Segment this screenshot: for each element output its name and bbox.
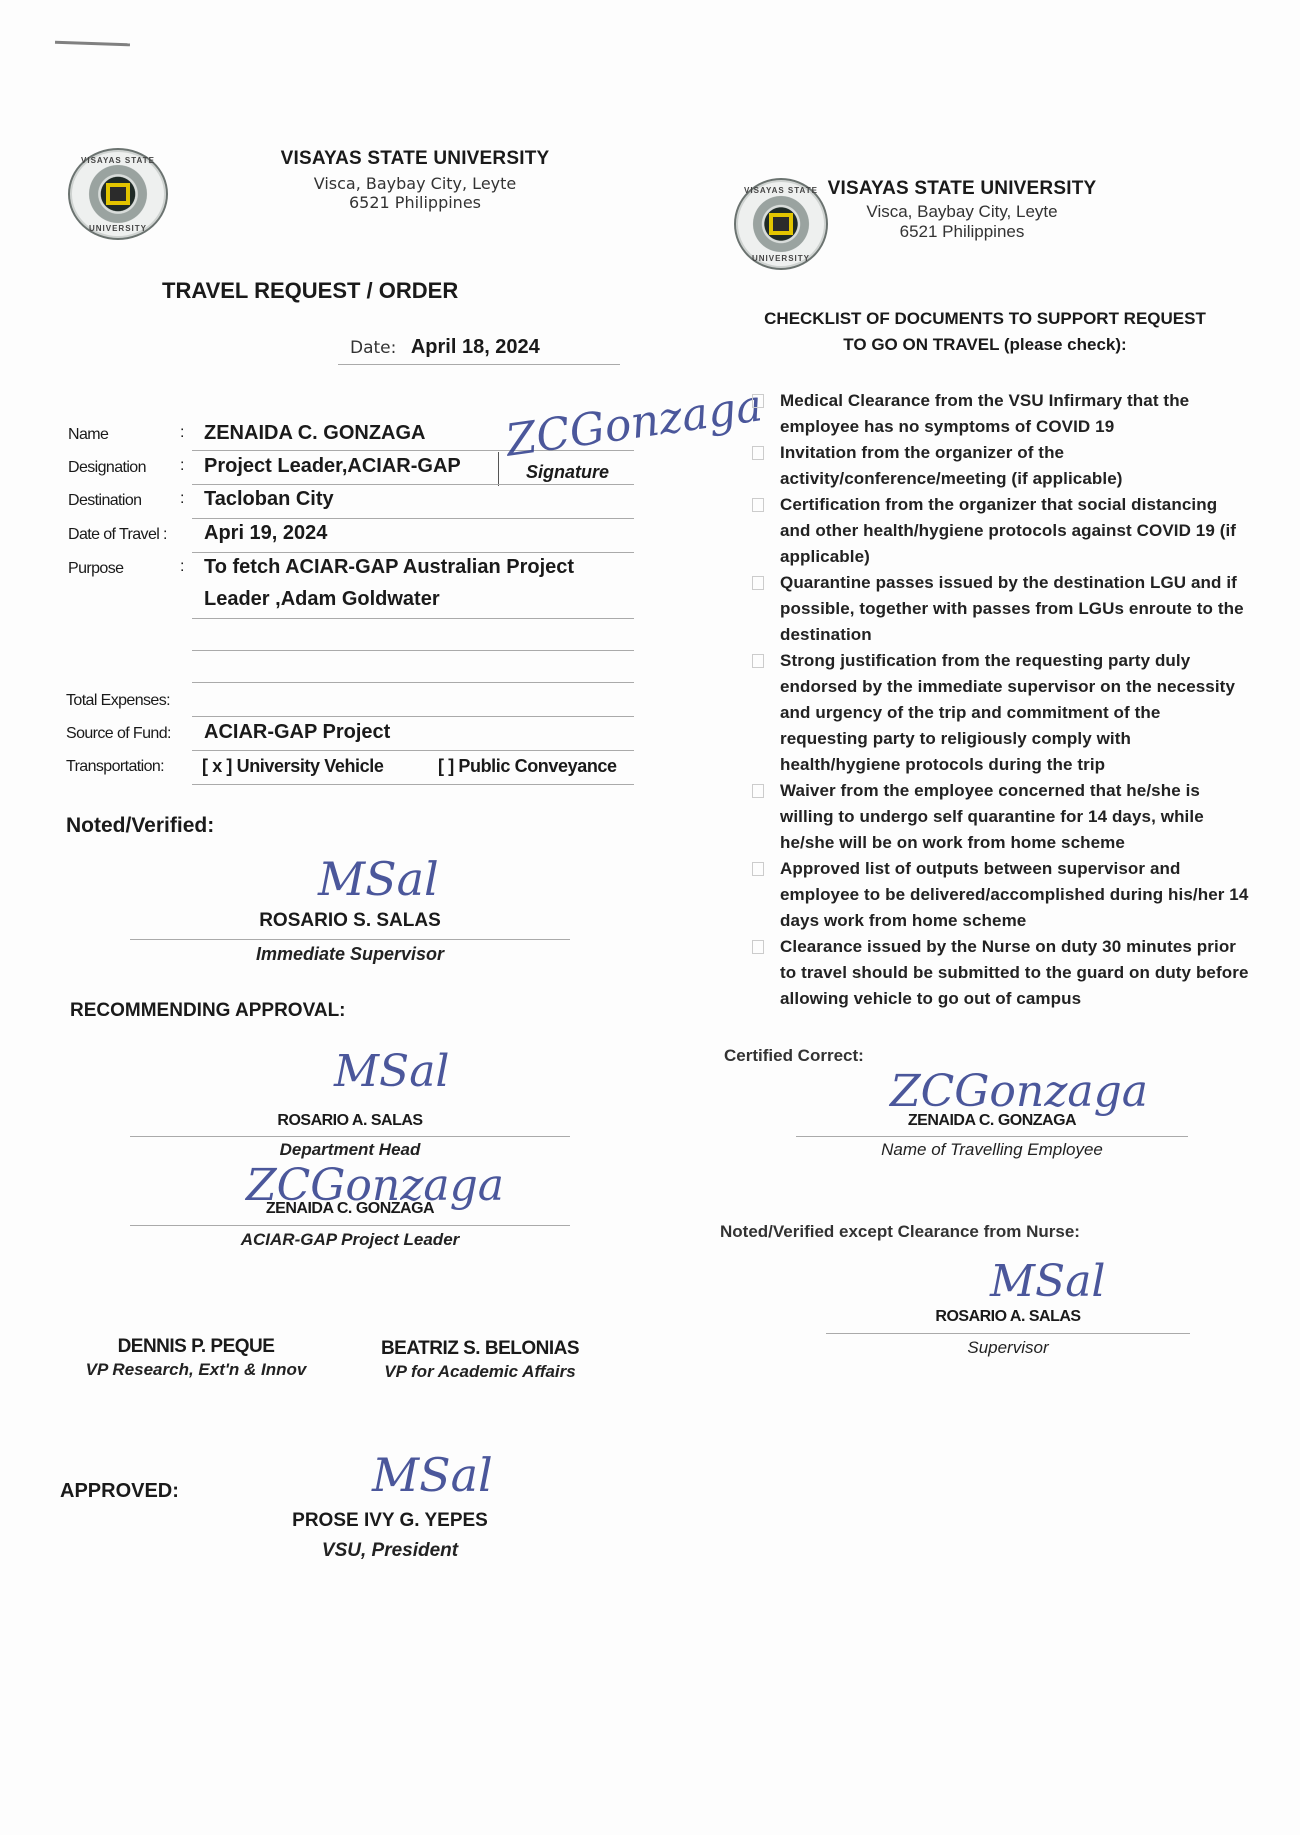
destination-label: Destination — [68, 492, 141, 510]
date-of-travel-value[interactable]: Apri 19, 2024 — [204, 522, 327, 545]
name-value[interactable]: ZENAIDA C. GONZAGA — [204, 422, 425, 445]
checklist-item: Certification from the organizer that so… — [752, 492, 1252, 570]
checklist-title-line2: TO GO ON TRAVEL (please check): — [730, 332, 1240, 358]
checkbox[interactable] — [752, 576, 764, 590]
checklist-item-text: Strong justification from the requesting… — [780, 651, 1235, 774]
dept-head-role: Department Head — [130, 1140, 570, 1160]
university-seal-logo: VISAYAS STATE UNIVERSITY — [68, 148, 168, 240]
dept-head-name: ROSARIO A. SALAS — [130, 1112, 570, 1130]
checkbox[interactable] — [752, 498, 764, 512]
noted-verified-heading: Noted/Verified: — [66, 814, 214, 838]
university-name: VISAYAS STATE UNIVERSITY — [822, 178, 1102, 200]
checkbox[interactable] — [752, 446, 764, 460]
purpose-underline-1 — [192, 618, 634, 619]
supervisor-role: Supervisor — [826, 1338, 1190, 1358]
travelling-employee-line — [796, 1136, 1188, 1137]
checklist-item-text: Medical Clearance from the VSU Infirmary… — [780, 391, 1189, 436]
purpose-underline-2 — [192, 650, 634, 651]
colon: : — [180, 424, 184, 442]
transport-university-vehicle-checkbox[interactable]: [ x ] University Vehicle — [202, 756, 383, 777]
colon: : — [180, 457, 184, 475]
checklist-title: CHECKLIST OF DOCUMENTS TO SUPPORT REQUES… — [730, 306, 1240, 358]
signature-label: Signature — [526, 462, 609, 483]
total-expenses-underline — [192, 716, 634, 717]
checklist-item: Invitation from the organizer of the act… — [752, 440, 1252, 492]
address-line2: 6521 Philippines — [822, 222, 1102, 242]
seal-top-text: VISAYAS STATE — [70, 156, 166, 165]
address-line1: Visca, Baybay City, Leyte — [260, 174, 570, 193]
checklist-item: Waiver from the employee concerned that … — [752, 778, 1252, 856]
address-line1: Visca, Baybay City, Leyte — [822, 202, 1102, 222]
transport-public-conveyance-checkbox[interactable]: [ ] Public Conveyance — [438, 756, 617, 777]
checkbox[interactable] — [752, 654, 764, 668]
seal-emblem-icon — [769, 213, 793, 235]
checkbox[interactable] — [752, 394, 764, 408]
noted-verified-except-heading: Noted/Verified except Clearance from Nur… — [720, 1222, 1080, 1242]
seal-emblem-icon — [106, 183, 130, 205]
colon: : — [180, 490, 184, 508]
scan-artifact-mark — [55, 41, 130, 47]
supervisor-name: ROSARIO A. SALAS — [826, 1308, 1190, 1326]
applicant-signature: ZCGonzaga — [503, 380, 766, 466]
supervisor-signature: MSal — [318, 852, 439, 906]
designation-underline — [192, 484, 634, 485]
destination-underline — [192, 518, 634, 519]
checklist-item-text: Clearance issued by the Nurse on duty 30… — [780, 937, 1249, 1008]
supervisor-line — [826, 1333, 1190, 1334]
vp-academic-block: BEATRIZ S. BELONIAS VP for Academic Affa… — [360, 1338, 600, 1382]
checklist-item: Approved list of outputs between supervi… — [752, 856, 1252, 934]
checklist-item-text: Invitation from the organizer of the act… — [780, 443, 1123, 488]
university-seal-logo-right: VISAYAS STATE UNIVERSITY — [734, 178, 828, 270]
seal-top-text: VISAYAS STATE — [736, 186, 826, 195]
project-leader-name: ZENAIDA C. GONZAGA — [130, 1200, 570, 1218]
source-of-fund-label: Source of Fund: — [66, 725, 171, 743]
left-header-text: VISAYAS STATE UNIVERSITY Visca, Baybay C… — [260, 148, 570, 212]
employee-signature: ZCGonzaga — [890, 1066, 1148, 1117]
purpose-value-line2[interactable]: Leader ,Adam Goldwater — [204, 588, 440, 611]
date-of-travel-underline — [192, 552, 634, 553]
purpose-value-line1[interactable]: To fetch ACIAR-GAP Australian Project — [204, 556, 574, 579]
recommending-approval-heading: RECOMMENDING APPROVAL: — [70, 1000, 346, 1022]
immediate-supervisor-role: Immediate Supervisor — [130, 944, 570, 965]
destination-value[interactable]: Tacloban City — [204, 488, 334, 511]
vp-research-block: DENNIS P. PEQUE VP Research, Ext'n & Inn… — [66, 1336, 326, 1380]
certified-correct-heading: Certified Correct: — [724, 1046, 864, 1066]
signature-divider — [498, 452, 499, 486]
president-role: VSU, President — [240, 1540, 540, 1562]
president-name: PROSE IVY G. YEPES — [240, 1510, 540, 1532]
seal-bottom-text: UNIVERSITY — [736, 254, 826, 263]
dept-head-signature: MSal — [334, 1046, 450, 1097]
checklist-item: Strong justification from the requesting… — [752, 648, 1252, 778]
checklist-item: Medical Clearance from the VSU Infirmary… — [752, 388, 1252, 440]
checklist: Medical Clearance from the VSU Infirmary… — [752, 388, 1252, 1012]
total-expenses-label: Total Expenses: — [66, 692, 170, 710]
dept-head-line — [130, 1136, 570, 1137]
address-line2: 6521 Philippines — [260, 193, 570, 212]
university-name: VISAYAS STATE UNIVERSITY — [260, 148, 570, 170]
checkbox[interactable] — [752, 862, 764, 876]
checklist-item-text: Approved list of outputs between supervi… — [780, 859, 1248, 930]
purpose-underline-3 — [192, 682, 634, 683]
checkbox[interactable] — [752, 784, 764, 798]
colon: : — [180, 558, 184, 576]
nurse-supervisor-signature: MSal — [990, 1256, 1106, 1307]
immediate-supervisor-line — [130, 939, 570, 940]
vp-research-role: VP Research, Ext'n & Innov — [66, 1360, 326, 1380]
checkbox[interactable] — [752, 940, 764, 954]
project-leader-role: ACIAR-GAP Project Leader — [130, 1230, 570, 1250]
right-header-text: VISAYAS STATE UNIVERSITY Visca, Baybay C… — [822, 178, 1102, 242]
purpose-label: Purpose — [68, 560, 123, 578]
approved-heading: APPROVED: — [60, 1480, 179, 1503]
vp-research-name: DENNIS P. PEQUE — [66, 1336, 326, 1358]
immediate-supervisor-name: ROSARIO S. SALAS — [130, 910, 570, 932]
transportation-label: Transportation: — [66, 758, 164, 776]
name-label: Name — [68, 426, 108, 444]
date-value[interactable]: April 18, 2024 — [411, 336, 540, 358]
checklist-item-text: Quarantine passes issued by the destinat… — [780, 573, 1244, 644]
seal-bottom-text: UNIVERSITY — [70, 224, 166, 233]
vp-academic-role: VP for Academic Affairs — [360, 1362, 600, 1382]
date-field: Date: April 18, 2024 — [350, 336, 540, 359]
date-label: Date: — [350, 338, 396, 358]
travelling-employee-name: ZENAIDA C. GONZAGA — [796, 1112, 1188, 1130]
date-of-travel-label: Date of Travel : — [68, 526, 167, 544]
president-signature: MSal — [372, 1448, 493, 1502]
checklist-title-line1: CHECKLIST OF DOCUMENTS TO SUPPORT REQUES… — [730, 306, 1240, 332]
form-title: TRAVEL REQUEST / ORDER — [162, 278, 458, 304]
designation-value[interactable]: Project Leader,ACIAR-GAP — [204, 455, 461, 478]
checklist-item-text: Waiver from the employee concerned that … — [780, 781, 1204, 852]
checklist-item: Quarantine passes issued by the destinat… — [752, 570, 1252, 648]
source-of-fund-value[interactable]: ACIAR-GAP Project — [204, 721, 390, 744]
checklist-item-text: Certification from the organizer that so… — [780, 495, 1236, 566]
project-leader-line — [130, 1225, 570, 1226]
travelling-employee-role: Name of Travelling Employee — [796, 1140, 1188, 1160]
transportation-underline — [192, 784, 634, 785]
checklist-item: Clearance issued by the Nurse on duty 30… — [752, 934, 1252, 1012]
designation-label: Designation — [68, 459, 146, 477]
source-of-fund-underline — [192, 750, 634, 751]
date-underline — [338, 364, 620, 365]
vp-academic-name: BEATRIZ S. BELONIAS — [360, 1338, 600, 1360]
